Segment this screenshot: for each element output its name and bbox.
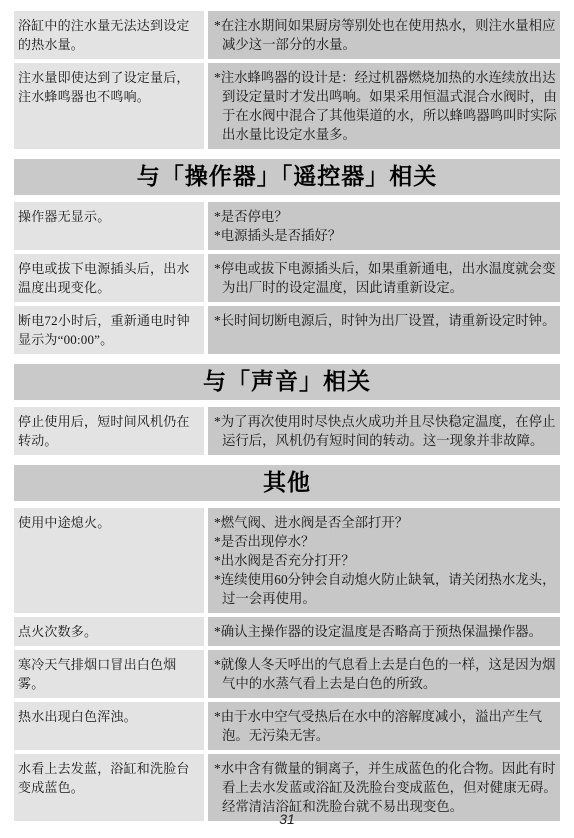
section-water-filling: 浴缸中的注水量无法达到设定的热水量。 *在注水期间如果厨房等别处也在使用热水，则… <box>14 11 560 149</box>
answer-cell: *就像人冬天呼出的气息看上去是白色的一样，这是因为烟气中的水蒸气看上去是白色的所… <box>208 650 560 698</box>
table-row: 断电72小时后，重新通电时钟显示为“00:00”。 *长时间切断电源后，时钟为出… <box>14 306 560 354</box>
answer-cell: *确认主操作器的设定温度是否略高于预热保温操作器。 <box>208 617 560 646</box>
manual-page: 浴缸中的注水量无法达到设定的热水量。 *在注水期间如果厨房等别处也在使用热水，则… <box>0 0 574 838</box>
problem-cell: 断电72小时后，重新通电时钟显示为“00:00”。 <box>14 306 204 354</box>
table-row: 浴缸中的注水量无法达到设定的热水量。 *在注水期间如果厨房等别处也在使用热水，则… <box>14 11 560 59</box>
problem-cell: 热水出现白色浑浊。 <box>14 702 204 750</box>
answer-line: *是否停电？ <box>214 207 559 226</box>
answer-line: *就像人冬天呼出的气息看上去是白色的一样，这是因为烟气中的水蒸气看上去是白色的所… <box>214 655 559 693</box>
answer-line: *为了再次使用时尽快点火成功并且尽快稳定温度，在停止运行后，风机仍有短时间的转动… <box>214 412 559 450</box>
problem-cell: 注水量即使达到了设定量后，注水蜂鸣器也不鸣响。 <box>14 63 204 149</box>
answer-cell: *注水蜂鸣器的设计是：经过机器燃烧加热的水连续放出达到设定量时才发出鸣响。如果采… <box>208 63 560 149</box>
table-row: 点火次数多。 *确认主操作器的设定温度是否略高于预热保温操作器。 <box>14 617 560 646</box>
problem-cell: 浴缸中的注水量无法达到设定的热水量。 <box>14 11 204 59</box>
problem-cell: 停止使用后，短时间风机仍在转动。 <box>14 407 204 455</box>
section-controller-remote: 与「操作器」「遥控器」相关 操作器无显示。 *是否停电？ *电源插头是否插好？ … <box>14 159 560 354</box>
table-row: 注水量即使达到了设定量后，注水蜂鸣器也不鸣响。 *注水蜂鸣器的设计是：经过机器燃… <box>14 63 560 149</box>
problem-cell: 操作器无显示。 <box>14 202 204 250</box>
table-row: 停止使用后，短时间风机仍在转动。 *为了再次使用时尽快点火成功并且尽快稳定温度，… <box>14 407 560 455</box>
answer-cell: *为了再次使用时尽快点火成功并且尽快稳定温度，在停止运行后，风机仍有短时间的转动… <box>208 407 560 455</box>
table-row: 热水出现白色浑浊。 *由于水中空气受热后在水中的溶解度减小，溢出产生气泡。无污染… <box>14 702 560 750</box>
answer-cell: *在注水期间如果厨房等别处也在使用热水，则注水量相应减少这一部分的水量。 <box>208 11 560 59</box>
answer-line: *注水蜂鸣器的设计是：经过机器燃烧加热的水连续放出达到设定量时才发出鸣响。如果采… <box>214 68 559 144</box>
answer-line: *出水阀是否充分打开？ <box>214 551 559 570</box>
answer-cell: *燃气阀、进水阀是否全部打开？ *是否出现停水？ *出水阀是否充分打开？ *连续… <box>208 508 560 613</box>
problem-cell: 使用中途熄火。 <box>14 508 204 613</box>
answer-cell: *停电或拔下电源插头后，如果重新通电，出水温度就会变为出厂时的设定温度，因此请重… <box>208 254 560 302</box>
answer-line: *在注水期间如果厨房等别处也在使用热水，则注水量相应减少这一部分的水量。 <box>214 16 559 54</box>
table-row: 操作器无显示。 *是否停电？ *电源插头是否插好？ <box>14 202 560 250</box>
answer-cell: *由于水中空气受热后在水中的溶解度减小，溢出产生气泡。无污染无害。 <box>208 702 560 750</box>
problem-cell: 点火次数多。 <box>14 617 204 646</box>
answer-line: *燃气阀、进水阀是否全部打开？ <box>214 513 559 532</box>
answer-line: *长时间切断电源后，时钟为出厂设置，请重新设定时钟。 <box>214 311 559 330</box>
answer-line: *停电或拔下电源插头后，如果重新通电，出水温度就会变为出厂时的设定温度，因此请重… <box>214 259 559 297</box>
section-title-controller-remote: 与「操作器」「遥控器」相关 <box>14 159 560 195</box>
table-row: 使用中途熄火。 *燃气阀、进水阀是否全部打开？ *是否出现停水？ *出水阀是否充… <box>14 508 560 613</box>
problem-cell: 停电或拔下电源插头后，出水温度出现变化。 <box>14 254 204 302</box>
answer-cell: *是否停电？ *电源插头是否插好？ <box>208 202 560 250</box>
answer-cell: *长时间切断电源后，时钟为出厂设置，请重新设定时钟。 <box>208 306 560 354</box>
answer-line: *由于水中空气受热后在水中的溶解度减小，溢出产生气泡。无污染无害。 <box>214 707 559 745</box>
page-number: 31 <box>0 811 574 827</box>
answer-line: *连续使用60分钟会自动熄火防止缺氧，请关闭热水龙头，过一会再使用。 <box>214 570 559 608</box>
section-sound: 与「声音」相关 停止使用后，短时间风机仍在转动。 *为了再次使用时尽快点火成功并… <box>14 364 560 455</box>
section-other: 其他 使用中途熄火。 *燃气阀、进水阀是否全部打开？ *是否出现停水？ *出水阀… <box>14 465 560 821</box>
table-row: 停电或拔下电源插头后，出水温度出现变化。 *停电或拔下电源插头后，如果重新通电，… <box>14 254 560 302</box>
problem-cell: 寒冷天气排烟口冒出白色烟雾。 <box>14 650 204 698</box>
section-title-other: 其他 <box>14 465 560 501</box>
answer-line: *确认主操作器的设定温度是否略高于预热保温操作器。 <box>214 622 559 641</box>
answer-line: *水中含有微量的铜离子，并生成蓝色的化合物。因此有时看上去水发蓝或浴缸及洗脸台变… <box>214 759 559 816</box>
troubleshooting-table: 浴缸中的注水量无法达到设定的热水量。 *在注水期间如果厨房等别处也在使用热水，则… <box>0 0 574 821</box>
answer-line: *电源插头是否插好？ <box>214 226 559 245</box>
table-row: 寒冷天气排烟口冒出白色烟雾。 *就像人冬天呼出的气息看上去是白色的一样，这是因为… <box>14 650 560 698</box>
section-title-sound: 与「声音」相关 <box>14 364 560 400</box>
answer-line: *是否出现停水？ <box>214 532 559 551</box>
